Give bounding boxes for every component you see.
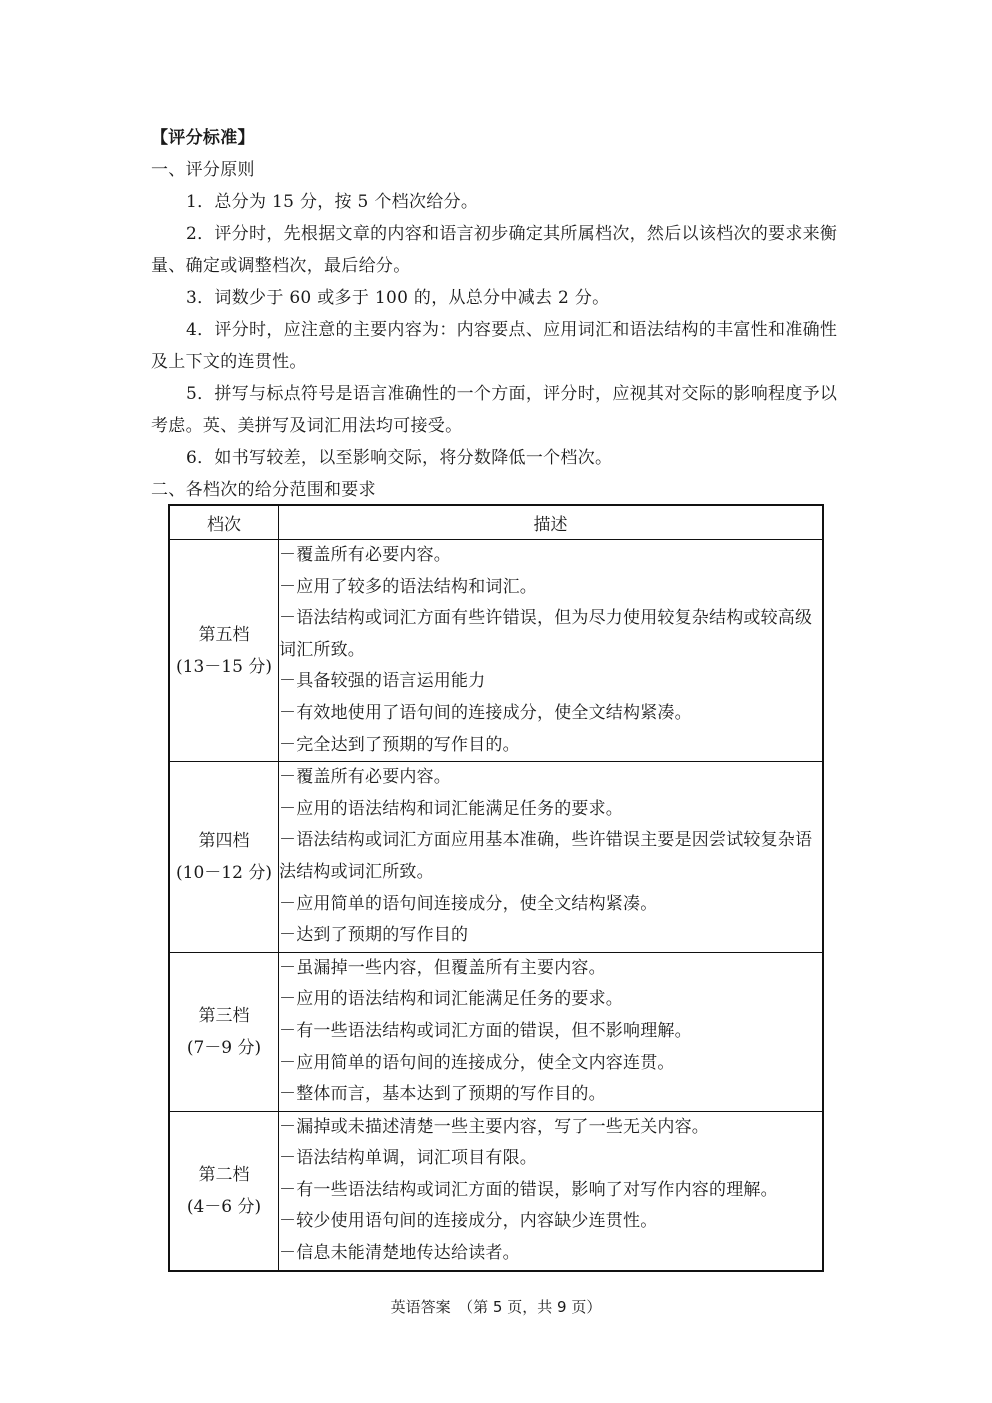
description-item: －语法结构或词汇方面应用基本准确，些许错误主要是因尝试较复杂语法结构或词汇所致。 [279,825,822,888]
table-row: 第二档 (4－6 分) －漏掉或未描述清楚一些主要内容，写了一些无关内容。 －语… [169,1111,823,1270]
level-cell: 第三档 (7－9 分) [169,952,279,1111]
description-item: －应用简单的语句间连接成分，使全文结构紧凑。 [279,889,822,921]
level-cell: 第二档 (4－6 分) [169,1111,279,1270]
section1-title: 一、评分原则 [151,154,255,186]
description-item: －语法结构单调，词汇项目有限。 [279,1143,822,1175]
description-item: －达到了预期的写作目的 [279,920,822,952]
description-item: －应用的语法结构和词汇能满足任务的要求。 [279,794,822,826]
rule-item-1: 1．总分为 15 分，按 5 个档次给分。 [186,186,478,218]
description-cell: －覆盖所有必要内容。 －应用了较多的语法结构和词汇。 －语法结构或词汇方面有些许… [279,540,824,762]
description-item: －虽漏掉一些内容，但覆盖所有主要内容。 [279,953,822,985]
table-header-row: 档次 描述 [169,505,823,540]
description-item: －应用了较多的语法结构和词汇。 [279,572,822,604]
description-item: －有效地使用了语句间的连接成分，使全文结构紧凑。 [279,698,822,730]
description-item: －语法结构或词汇方面有些许错误，但为尽力使用较复杂结构或较高级词汇所致。 [279,603,822,666]
description-cell: －虽漏掉一些内容，但覆盖所有主要内容。 －应用的语法结构和词汇能满足任务的要求。… [279,952,824,1111]
section-heading: 【评分标准】 [151,122,255,154]
description-item: －有一些语法结构或词汇方面的错误，影响了对写作内容的理解。 [279,1175,822,1207]
level-range: (4－6 分) [170,1191,278,1223]
level-range: (13－15 分) [170,651,278,683]
table-row: 第四档 (10－12 分) －覆盖所有必要内容。 －应用的语法结构和词汇能满足任… [169,762,823,953]
rule-item-6: 6．如书写较差，以至影响交际，将分数降低一个档次。 [186,442,612,474]
description-cell: －覆盖所有必要内容。 －应用的语法结构和词汇能满足任务的要求。 －语法结构或词汇… [279,762,824,953]
rule-item-2-cont: 量、确定或调整档次，最后给分。 [151,250,411,282]
level-cell: 第四档 (10－12 分) [169,762,279,953]
rule-item-5-cont: 考虑。英、美拼写及词汇用法均可接受。 [151,410,462,442]
description-item: －覆盖所有必要内容。 [279,762,822,794]
rule-item-4-cont: 及上下文的连贯性。 [151,346,307,378]
description-item: －应用的语法结构和词汇能满足任务的要求。 [279,984,822,1016]
level-range: (10－12 分) [170,857,278,889]
level-name: 第四档 [170,825,278,857]
rule-item-2: 2．评分时，先根据文章的内容和语言初步确定其所属档次，然后以该档次的要求来衡 [186,218,837,250]
page-footer: 英语答案 （第 5 页，共 9 页） [0,1296,992,1317]
level-name: 第二档 [170,1159,278,1191]
level-name: 第三档 [170,1000,278,1032]
rule-item-3: 3．词数少于 60 或多于 100 的，从总分中减去 2 分。 [186,282,609,314]
section2-title: 二、各档次的给分范围和要求 [151,474,376,506]
description-cell: －漏掉或未描述清楚一些主要内容，写了一些无关内容。 －语法结构单调，词汇项目有限… [279,1111,824,1270]
document-page: 【评分标准】 一、评分原则 1．总分为 15 分，按 5 个档次给分。 2．评分… [0,0,992,1403]
description-item: －完全达到了预期的写作目的。 [279,730,822,762]
rule-item-4: 4．评分时，应注意的主要内容为：内容要点、应用词汇和语法结构的丰富性和准确性 [186,314,837,346]
level-cell: 第五档 (13－15 分) [169,540,279,762]
description-item: －应用简单的语句间的连接成分，使全文内容连贯。 [279,1048,822,1080]
description-item: －有一些语法结构或词汇方面的错误，但不影响理解。 [279,1016,822,1048]
grading-table: 档次 描述 第五档 (13－15 分) －覆盖所有必要内容。 －应用了较多的语法… [168,504,824,1272]
level-range: (7－9 分) [170,1032,278,1064]
rule-item-5: 5．拼写与标点符号是语言准确性的一个方面，评分时，应视其对交际的影响程度予以 [186,378,837,410]
table-row: 第五档 (13－15 分) －覆盖所有必要内容。 －应用了较多的语法结构和词汇。… [169,540,823,762]
description-item: －具备较强的语言运用能力 [279,666,822,698]
description-item: －漏掉或未描述清楚一些主要内容，写了一些无关内容。 [279,1112,822,1144]
description-item: －覆盖所有必要内容。 [279,540,822,572]
level-name: 第五档 [170,619,278,651]
header-level: 档次 [169,505,279,540]
table-row: 第三档 (7－9 分) －虽漏掉一些内容，但覆盖所有主要内容。 －应用的语法结构… [169,952,823,1111]
description-item: －整体而言，基本达到了预期的写作目的。 [279,1079,822,1111]
description-item: －信息未能清楚地传达给读者。 [279,1238,822,1270]
header-description: 描述 [279,505,824,540]
description-item: －较少使用语句间的连接成分，内容缺少连贯性。 [279,1206,822,1238]
